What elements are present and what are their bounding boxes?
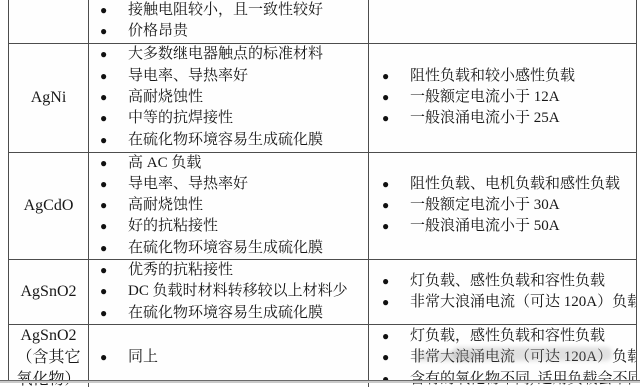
bullet-icon: ● bbox=[382, 87, 410, 108]
material-label: AgSnO2 bbox=[20, 281, 76, 303]
bullet-item: ●灯负载，感性负载和容性负载 bbox=[369, 326, 636, 347]
bullet-item: ●好的抗粘接性 bbox=[89, 216, 368, 237]
bullet-text: 在硫化物环境容易生成硫化膜 bbox=[128, 238, 323, 259]
loads-list: ●阻性负载、电机负载和感性负载●一般额定电流小于 30A●一般浪涌电流小于 50… bbox=[369, 174, 636, 238]
bullet-text: 阻性负载、电机负载和感性负载 bbox=[410, 174, 620, 195]
bullet-icon: ● bbox=[100, 347, 128, 368]
bullet-icon: ● bbox=[382, 216, 410, 237]
features-list: ●接触电阻较小，且一致性较好●价格昂贵 bbox=[89, 0, 368, 43]
bullet-item: ●在硫化物环境容易生成硫化膜 bbox=[89, 238, 368, 259]
loads-cell: ●阻性负载和较小感性负载●一般额定电流小于 12A●一般浪涌电流小于 25A bbox=[369, 44, 636, 152]
material-cell bbox=[9, 0, 89, 43]
bullet-icon: ● bbox=[100, 108, 128, 129]
material-label: AgCdO bbox=[24, 195, 74, 217]
bullet-text: 在硫化物环境容易生成硫化膜 bbox=[128, 303, 323, 324]
bullet-icon: ● bbox=[382, 195, 410, 216]
bullet-icon: ● bbox=[382, 271, 410, 292]
bullet-item: ●优秀的抗粘接性 bbox=[89, 260, 368, 281]
bullet-item: ●高耐烧蚀性 bbox=[89, 87, 368, 108]
bullet-text: 优秀的抗粘接性 bbox=[128, 260, 233, 281]
bullet-item: ●非常大浪涌电流（可达 120A）负载 bbox=[369, 292, 636, 313]
bullet-icon: ● bbox=[382, 174, 410, 195]
bullet-item: ●一般浪涌电流小于 25A bbox=[369, 108, 636, 129]
features-list: ●高 AC 负载●导电率、导热率好●高耐烧蚀性●好的抗粘接性●在硫化物环境容易生… bbox=[89, 153, 368, 259]
bullet-text: 高 AC 负载 bbox=[128, 153, 201, 174]
bullet-text: 阻性负载和较小感性负载 bbox=[410, 66, 575, 87]
bullet-text: 价格昂贵 bbox=[128, 21, 188, 42]
features-cell: ●接触电阻较小，且一致性较好●价格昂贵 bbox=[89, 0, 369, 43]
table-row: AgCdO●高 AC 负载●导电率、导热率好●高耐烧蚀性●好的抗粘接性●在硫化物… bbox=[9, 152, 636, 259]
bullet-text: 一般浪涌电流小于 50A bbox=[410, 216, 560, 237]
bullet-icon: ● bbox=[382, 292, 410, 313]
bullet-item: ●灯负载、感性负载和容性负载 bbox=[369, 271, 636, 292]
bullet-icon: ● bbox=[100, 153, 128, 174]
features-cell: ●高 AC 负载●导电率、导热率好●高耐烧蚀性●好的抗粘接性●在硫化物环境容易生… bbox=[89, 153, 369, 259]
bullet-item: ●DC 负载时材料转移较以上材料少 bbox=[89, 281, 368, 302]
table-row: ●接触电阻较小，且一致性较好●价格昂贵 bbox=[9, 0, 636, 43]
material-label: AgNi bbox=[31, 87, 67, 109]
bullet-icon: ● bbox=[100, 195, 128, 216]
bullet-text: 高耐烧蚀性 bbox=[128, 87, 203, 108]
bullet-item: ●在硫化物环境容易生成硫化膜 bbox=[89, 130, 368, 151]
bullet-item: ●在硫化物环境容易生成硫化膜 bbox=[89, 303, 368, 324]
bullet-item: ●高 AC 负载 bbox=[89, 153, 368, 174]
bullet-icon: ● bbox=[382, 326, 410, 347]
bullet-text: 含有的氧化物不同, 适用负载会不同 bbox=[410, 369, 636, 387]
bullet-item: ●高耐烧蚀性 bbox=[89, 195, 368, 216]
features-cell: ●优秀的抗粘接性●DC 负载时材料转移较以上材料少●在硫化物环境容易生成硫化膜 bbox=[89, 260, 369, 324]
bullet-icon: ● bbox=[382, 347, 410, 368]
material-label: AgSnO2 bbox=[20, 325, 76, 347]
bullet-text: 灯负载、感性负载和容性负载 bbox=[410, 271, 605, 292]
loads-cell: ●灯负载，感性负载和容性负载●非常大浪涌电流（可达 120A）负载●含有的氧化物… bbox=[369, 325, 636, 387]
bullet-item: ●导电率、导热率好 bbox=[89, 174, 368, 195]
loads-list: ●灯负载，感性负载和容性负载●非常大浪涌电流（可达 120A）负载●含有的氧化物… bbox=[369, 326, 636, 387]
table-row: AgNi●大多数继电器触点的标准材料●导电率、导热率好●高耐烧蚀性●中等的抗焊接… bbox=[9, 43, 636, 152]
material-label: （含其它 bbox=[16, 347, 80, 369]
bullet-icon: ● bbox=[100, 44, 128, 65]
bullet-icon: ● bbox=[100, 87, 128, 108]
features-cell: ●同上 bbox=[89, 325, 369, 387]
features-list: ●优秀的抗粘接性●DC 负载时材料转移较以上材料少●在硫化物环境容易生成硫化膜 bbox=[89, 260, 368, 324]
bullet-item: ●阻性负载、电机负载和感性负载 bbox=[369, 174, 636, 195]
bullet-text: 好的抗粘接性 bbox=[128, 216, 218, 237]
bullet-text: 一般浪涌电流小于 25A bbox=[410, 108, 560, 129]
bullet-text: DC 负载时材料转移较以上材料少 bbox=[128, 281, 348, 302]
bullet-icon: ● bbox=[100, 21, 128, 42]
bullet-icon: ● bbox=[100, 216, 128, 237]
material-cell: AgCdO bbox=[9, 153, 89, 259]
bullet-icon: ● bbox=[100, 238, 128, 259]
bullet-icon: ● bbox=[100, 260, 128, 281]
features-list: ●同上 bbox=[89, 347, 368, 368]
bullet-icon: ● bbox=[100, 174, 128, 195]
table-bottom-rule bbox=[0, 380, 640, 383]
bullet-item: ●接触电阻较小，且一致性较好 bbox=[89, 0, 368, 21]
bullet-item: ●大多数继电器触点的标准材料 bbox=[89, 44, 368, 65]
features-list: ●大多数继电器触点的标准材料●导电率、导热率好●高耐烧蚀性●中等的抗焊接性●在硫… bbox=[89, 44, 368, 150]
document-page: { "bullet_glyph": "●", "colors": { "bord… bbox=[0, 0, 640, 387]
material-table: ●接触电阻较小，且一致性较好●价格昂贵AgNi●大多数继电器触点的标准材料●导电… bbox=[8, 0, 637, 382]
loads-cell: ●灯负载、感性负载和容性负载●非常大浪涌电流（可达 120A）负载 bbox=[369, 260, 636, 324]
bullet-item: ●非常大浪涌电流（可达 120A）负载 bbox=[369, 347, 636, 368]
table-row: AgSnO2●优秀的抗粘接性●DC 负载时材料转移较以上材料少●在硫化物环境容易… bbox=[9, 259, 636, 324]
bullet-text: 大多数继电器触点的标准材料 bbox=[128, 44, 323, 65]
bullet-text: 一般额定电流小于 12A bbox=[410, 87, 560, 108]
bullet-icon: ● bbox=[100, 281, 128, 302]
bullet-item: ●价格昂贵 bbox=[89, 21, 368, 42]
bullet-item: ●含有的氧化物不同, 适用负载会不同 bbox=[369, 369, 636, 387]
material-cell: AgSnO2 bbox=[9, 260, 89, 324]
bullet-text: 高耐烧蚀性 bbox=[128, 195, 203, 216]
bullet-icon: ● bbox=[100, 66, 128, 87]
material-cell: AgNi bbox=[9, 44, 89, 152]
table-row: AgSnO2（含其它氧化物）●同上●灯负载，感性负载和容性负载●非常大浪涌电流（… bbox=[9, 324, 636, 387]
bullet-text: 非常大浪涌电流（可达 120A）负载 bbox=[410, 347, 636, 368]
bullet-item: ●同上 bbox=[89, 347, 368, 368]
loads-cell: ●阻性负载、电机负载和感性负载●一般额定电流小于 30A●一般浪涌电流小于 50… bbox=[369, 153, 636, 259]
bullet-text: 接触电阻较小，且一致性较好 bbox=[128, 0, 323, 21]
bullet-text: 灯负载，感性负载和容性负载 bbox=[410, 326, 605, 347]
loads-cell bbox=[369, 0, 636, 43]
loads-list: ●灯负载、感性负载和容性负载●非常大浪涌电流（可达 120A）负载 bbox=[369, 271, 636, 314]
bullet-icon: ● bbox=[100, 130, 128, 151]
bullet-item: ●阻性负载和较小感性负载 bbox=[369, 66, 636, 87]
features-cell: ●大多数继电器触点的标准材料●导电率、导热率好●高耐烧蚀性●中等的抗焊接性●在硫… bbox=[89, 44, 369, 152]
bullet-text: 中等的抗焊接性 bbox=[128, 108, 233, 129]
material-cell: AgSnO2（含其它氧化物） bbox=[9, 325, 89, 387]
bullet-text: 导电率、导热率好 bbox=[128, 66, 248, 87]
bullet-item: ●导电率、导热率好 bbox=[89, 66, 368, 87]
bullet-text: 导电率、导热率好 bbox=[128, 174, 248, 195]
bullet-item: ●一般额定电流小于 12A bbox=[369, 87, 636, 108]
bullet-icon: ● bbox=[100, 0, 128, 21]
material-label: 氧化物） bbox=[16, 369, 80, 387]
bullet-icon: ● bbox=[382, 66, 410, 87]
bullet-icon: ● bbox=[382, 108, 410, 129]
bullet-item: ●一般浪涌电流小于 50A bbox=[369, 216, 636, 237]
bullet-text: 同上 bbox=[128, 347, 158, 368]
bullet-icon: ● bbox=[382, 369, 410, 387]
bullet-text: 在硫化物环境容易生成硫化膜 bbox=[128, 130, 323, 151]
bullet-icon: ● bbox=[100, 303, 128, 324]
loads-list: ●阻性负载和较小感性负载●一般额定电流小于 12A●一般浪涌电流小于 25A bbox=[369, 66, 636, 130]
bullet-text: 一般额定电流小于 30A bbox=[410, 195, 560, 216]
bullet-item: ●中等的抗焊接性 bbox=[89, 108, 368, 129]
bullet-item: ●一般额定电流小于 30A bbox=[369, 195, 636, 216]
bullet-text: 非常大浪涌电流（可达 120A）负载 bbox=[410, 292, 636, 313]
